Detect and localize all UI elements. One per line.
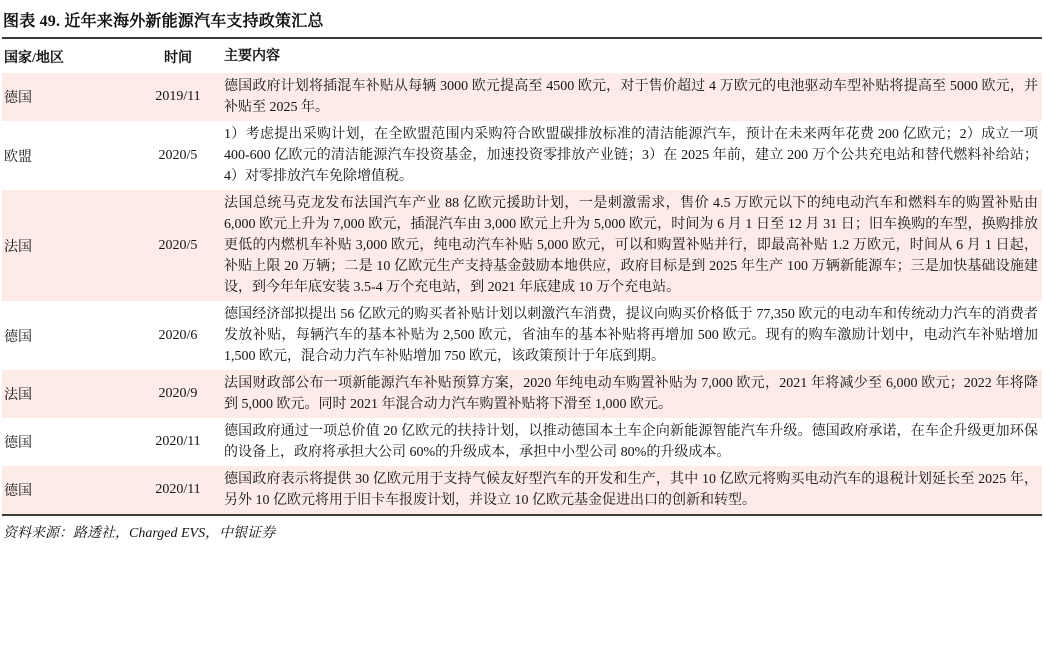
table-row: 法国 2020/5 法国总统马克龙发布法国汽车产业 88 亿欧元援助计划，一是刺… bbox=[2, 190, 1042, 301]
policy-content-cell: 德国政府表示将提供 30 亿欧元用于支持气候友好型汽车的开发和生产，其中 10 … bbox=[224, 466, 1042, 514]
table-row: 德国 2020/11 德国政府表示将提供 30 亿欧元用于支持气候友好型汽车的开… bbox=[2, 466, 1042, 514]
table-row: 欧盟 2020/5 1）考虑提出采购计划，在全欧盟范围内采购符合欧盟碳排放标准的… bbox=[2, 121, 1042, 190]
source-note: 资料来源：路透社，Charged EVS，中银证券 bbox=[2, 516, 1042, 542]
country-cell: 德国 bbox=[2, 480, 132, 500]
time-cell: 2020/5 bbox=[132, 238, 224, 254]
country-cell: 德国 bbox=[2, 432, 132, 452]
country-cell: 德国 bbox=[2, 326, 132, 346]
policy-content-cell: 德国政府计划将插混车补贴从每辆 3000 欧元提高至 4500 欧元，对于售价超… bbox=[224, 73, 1042, 121]
policy-content-cell: 德国经济部拟提出 56 亿欧元的购买者补贴计划以刺激汽车消费，提议向购买价格低于… bbox=[224, 301, 1042, 370]
country-cell: 德国 bbox=[2, 87, 132, 107]
time-cell: 2020/6 bbox=[132, 328, 224, 344]
policy-content-cell: 德国政府通过一项总价值 20 亿欧元的扶持计划，以推动德国本土车企向新能源智能汽… bbox=[224, 418, 1042, 466]
col-header-country: 国家/地区 bbox=[2, 47, 132, 67]
time-cell: 2020/11 bbox=[132, 482, 224, 498]
table-row: 德国 2020/6 德国经济部拟提出 56 亿欧元的购买者补贴计划以刺激汽车消费… bbox=[2, 301, 1042, 370]
table-row: 法国 2020/9 法国财政部公布一项新能源汽车补贴预算方案，2020 年纯电动… bbox=[2, 370, 1042, 418]
figure-title: 图表 49. 近年来海外新能源汽车支持政策汇总 bbox=[2, 5, 1042, 37]
country-cell: 法国 bbox=[2, 236, 132, 256]
time-cell: 2020/9 bbox=[132, 386, 224, 402]
policy-table: 国家/地区 时间 主要内容 德国 2019/11 德国政府计划将插混车补贴从每辆… bbox=[2, 39, 1042, 514]
col-header-time: 时间 bbox=[132, 47, 224, 67]
col-header-content: 主要内容 bbox=[224, 46, 1042, 67]
time-cell: 2019/11 bbox=[132, 89, 224, 105]
table-header-row: 国家/地区 时间 主要内容 bbox=[2, 39, 1042, 73]
time-cell: 2020/11 bbox=[132, 434, 224, 450]
country-cell: 欧盟 bbox=[2, 146, 132, 166]
policy-content-cell: 法国总统马克龙发布法国汽车产业 88 亿欧元援助计划，一是刺激需求，售价 4.5… bbox=[224, 190, 1042, 301]
table-row: 德国 2019/11 德国政府计划将插混车补贴从每辆 3000 欧元提高至 45… bbox=[2, 73, 1042, 121]
country-cell: 法国 bbox=[2, 384, 132, 404]
policy-content-cell: 1）考虑提出采购计划，在全欧盟范围内采购符合欧盟碳排放标准的清洁能源汽车，预计在… bbox=[224, 121, 1042, 190]
table-row: 德国 2020/11 德国政府通过一项总价值 20 亿欧元的扶持计划，以推动德国… bbox=[2, 418, 1042, 466]
policy-content-cell: 法国财政部公布一项新能源汽车补贴预算方案，2020 年纯电动车购置补贴为 7,0… bbox=[224, 370, 1042, 418]
report-figure: 图表 49. 近年来海外新能源汽车支持政策汇总 国家/地区 时间 主要内容 德国… bbox=[0, 0, 1044, 542]
time-cell: 2020/5 bbox=[132, 148, 224, 164]
